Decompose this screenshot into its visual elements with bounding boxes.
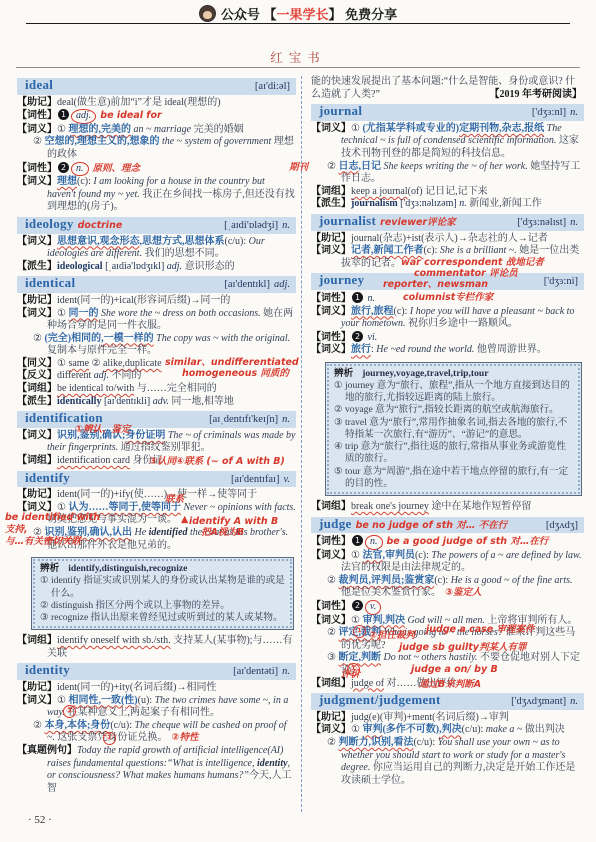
text-segment: 【词性】 — [311, 536, 351, 547]
phonetic: ['dʒɜ:ni] — [544, 276, 578, 289]
text-segment: 不同的 — [112, 370, 142, 381]
entry-line: 【词性】2 vi. — [311, 331, 584, 345]
text-segment: ① — [57, 308, 68, 319]
text-segment: 【词组】 — [311, 186, 351, 197]
handwritten-annotation: ③ — [63, 705, 76, 718]
text-segment: ② — [327, 627, 338, 638]
text-segment: 【真题例句】 — [17, 745, 77, 756]
text-segment: 【同义】 — [17, 358, 57, 369]
text-segment: adj. — [94, 370, 112, 381]
text-segment: 1 — [58, 109, 69, 120]
text-segment: 【反义】 — [17, 370, 57, 381]
entry-line: ② 裁判员,评判员;鉴赏家(c): He is a good ~ of the … — [311, 575, 584, 600]
text-segment: 【词义】 — [17, 236, 57, 247]
text-segment: 审判,判决 — [362, 615, 405, 626]
text-segment: ideological — [57, 261, 105, 272]
text-segment: 【派生】 — [17, 396, 57, 407]
text-segment: 做出判决 — [525, 724, 565, 735]
text-segment: 与……完全相同的 — [134, 383, 217, 394]
text-segment: 【词性】 — [311, 601, 351, 612]
usage-note-title: 辨析 — [334, 368, 353, 379]
text-segment: 裁判员,评判员;鉴赏家 — [338, 575, 434, 586]
text-segment: be identical to/with — [57, 383, 134, 394]
text-segment: 完美的婚姻 — [194, 124, 244, 135]
dict-entry-identify: identify[aɪ'dentɪfaɪ]v.【助记】ident(同一的)+if… — [17, 471, 296, 661]
usage-note-box: 辨析identify,distinguish,recognize① identi… — [31, 557, 294, 630]
entry-line: 【词义】旅行: He ~ed round the world. 他曾周游世界。 — [311, 344, 584, 357]
dict-entry-ideal: ideal[aɪ'di:əl]【助记】deal(做生意)前加“i”才是 idea… — [17, 78, 296, 214]
text-segment: break one's journey — [351, 501, 429, 512]
usage-note-item: ② distinguish 指区分两个或以上事物的差异。 — [40, 600, 285, 612]
text-segment: 【助记】 — [17, 682, 57, 693]
page-number: · 52 · — [28, 814, 52, 826]
usage-note-item: ④ trip 意为“旅行”,指往返的旅行,常指从事业务或游览性质的旅行。 — [334, 441, 573, 465]
text-segment: (尤指某学科或专业的) — [362, 123, 459, 134]
entry-line: 【词组】break one's journey 途中在某地作短暂停留 — [311, 501, 584, 514]
text-segment: 【助记】 — [311, 233, 351, 244]
handwritten-annotation: judge sb guilty判某人有罪 — [399, 642, 526, 653]
text-segment: 审判 — [362, 724, 382, 735]
text-segment: 【词义】 — [17, 124, 57, 135]
handwritten-annotation: ③认同④联系 (~ of A with B) — [149, 456, 285, 467]
text-segment: (c/u): — [110, 720, 134, 731]
text-segment: 本身,本体;身份 — [44, 720, 110, 731]
text-segment: 你应当运用自己的判断力,决定是开始工作还是攻读硕士学位。 — [341, 762, 575, 786]
text-segment: 2 — [352, 331, 363, 342]
text-segment: adj. — [71, 109, 96, 124]
entry-header: identical[aɪ'dentɪkl]adj. — [17, 276, 296, 293]
handwritten-annotation: ①辨认、鉴定 — [75, 424, 131, 435]
text-segment: ,判决 — [439, 724, 462, 735]
text-segment: 【词义】 — [311, 123, 351, 134]
text-segment: 身份证明 — [125, 430, 165, 441]
exam-source-tag: 【2019 年考研阅读】 — [490, 89, 583, 102]
text-segment: ,一模一样的 — [101, 333, 154, 344]
dict-entry-identity: identity[aɪ'dentəti]n.【助记】ident(同一的)+ity… — [17, 663, 296, 795]
text-segment: The copy was ~ with the original. — [154, 333, 291, 344]
text-segment: 【词组】 — [311, 501, 351, 512]
handwritten-annotation: judge a on/ by B — [411, 664, 498, 675]
handwritten-annotation: ① — [103, 732, 116, 745]
entry-line: 【派生】ideological [ˌaɪdiə'lɒdʒɪkl] adj. 意识… — [17, 261, 296, 274]
usage-note-item: ① identify 指证实或识别某人的身份或认出某物是谁的或是什么。 — [40, 575, 285, 599]
book-title: 红宝书 — [0, 48, 596, 66]
text-segment: 理想的,完美的 — [68, 124, 131, 135]
text-segment: (c/u): — [462, 724, 486, 735]
entry-line: ② 空想的,理想主义的,想象的 the ~ system of governme… — [17, 136, 296, 161]
usage-note-item: ② voyage 意为“旅行”,指较长距离的航空或航海旅行。 — [334, 404, 573, 416]
text-segment: 【助记】 — [17, 489, 57, 500]
text-segment: (多作不可数) — [382, 724, 439, 735]
phonetic: [aɪˌdentɪfɪ'keɪʃn] — [209, 414, 278, 427]
text-segment: 新闻业,新闻工作 — [469, 198, 542, 209]
part-of-speech: n. — [570, 696, 578, 709]
text-segment: 【词义】 — [311, 615, 351, 626]
text-segment: ident(同一的)+ical(形容词后缀)→同一的 — [57, 295, 230, 306]
headword: judgment/judgement — [319, 694, 441, 707]
entry-line: 【词义】理想(c): I am looking for a house in t… — [17, 176, 296, 214]
entry-line: 【助记】ident(同一的)+ity(名词后缀)→相同性 — [17, 682, 296, 695]
text-segment: adj. — [167, 261, 185, 272]
text-segment: 【词义】 — [311, 550, 351, 561]
dict-entry-identification: identification[aɪˌdentɪfɪ'keɪʃn]n.①辨认、鉴定… — [17, 411, 296, 467]
text-segment: [aɪ'dentɪkli] — [104, 396, 153, 407]
phonetic: [ˌaɪdi'ɒlədʒi] — [224, 220, 278, 233]
entry-line: 【词性】1adj.be ideal for — [17, 109, 296, 124]
text-segment: 日志 — [338, 161, 358, 172]
text-segment: ,思想方式,思想体系 — [140, 236, 225, 247]
text-segment: (c/u): — [413, 737, 437, 748]
text-segment: 法官 — [362, 550, 382, 561]
phonetic: ['dʒʌdʒmənt] — [511, 696, 566, 709]
dict-entry-ideology: ideologydoctrine[ˌaɪdi'ɒlədʒi]n.【词义】思想意识… — [17, 217, 296, 273]
entry-line: 【助记】deal(做生意)前加“i”才是 ideal(理想的) — [17, 97, 296, 110]
text-segment: adv. — [153, 396, 172, 407]
handwritten-annotation: similar、undifferentiated — [165, 357, 299, 368]
part-of-speech: v. — [283, 474, 290, 487]
text-segment: 【词义】 — [311, 245, 351, 256]
text-segment: 同一地,相等地 — [171, 396, 234, 407]
entry-line: 【派生】journalism ['dʒɜ:nəlɪzəm] n. 新闻业,新闻工… — [311, 198, 584, 211]
phonetic: [dʒʌdʒ] — [546, 520, 578, 533]
text-segment: Never ~ opinions with facts. — [181, 502, 296, 513]
dict-entry-judge: judgebe no judge of sth 对… 不在行[dʒʌdʒ]【词性… — [311, 517, 584, 691]
entry-header: judgment/judgement['dʒʌdʒmənt]n. — [311, 693, 584, 710]
paragraph-line: 能的快速发展提出了基本问题:“什么是智能、身份或意识? 什么造就了人类?”【20… — [311, 76, 584, 101]
entry-line: ② (完全)相同的,一模一样的 The copy was ~ with the … — [17, 333, 296, 358]
text-segment: 【词义】 — [311, 724, 351, 735]
text-segment: [ˌaɪdiə'lɒdʒɪkl] — [105, 261, 167, 272]
handwritten-annotation: ③鉴定人 — [445, 587, 482, 598]
text-segment: (of) 记日记,记下来 — [408, 186, 488, 197]
handwritten-annotation: war correspondent 战地记者 — [401, 257, 544, 268]
usage-note-box: 辨析journey,voyage,travel,trip,tour① journ… — [325, 362, 582, 496]
text-segment: 我们的思想不同。 — [145, 248, 225, 259]
text-segment: (c): — [77, 176, 93, 187]
text-segment: n. — [71, 162, 89, 177]
handwritten-annotation: identify A with B — [189, 516, 278, 527]
text-segment: 记者,新闻工作者 — [351, 245, 424, 256]
text-segment: (c): — [394, 306, 410, 317]
text-segment: identified — [149, 527, 188, 538]
text-segment: The powers of a ~ are defined by law. — [431, 550, 581, 561]
text-segment: journal(杂志)+ist(表示人)→杂志社的人→记者 — [351, 233, 548, 244]
text-segment: ① — [57, 695, 68, 706]
text-segment: identity — [257, 758, 288, 769]
banner-highlight: 一果学长 — [276, 7, 328, 22]
entry-line: 【词义】思想意识,观念形态,思想方式,思想体系(c/u): Our ideolo… — [17, 236, 296, 261]
text-segment: 1 — [352, 292, 363, 303]
text-segment: v. — [365, 600, 381, 615]
text-segment: different — [57, 370, 94, 381]
headword: identify — [25, 472, 70, 485]
text-segment: 通过指纹鉴别罪犯。 — [121, 442, 211, 453]
handwritten-annotation: columnist专栏作家 — [403, 292, 493, 303]
handwritten-annotation: ②担任裁判 — [369, 630, 415, 641]
dictionary-columns: ideal[aɪ'di:əl]【助记】deal(做生意)前加“i”才是 idea… — [17, 76, 584, 812]
text-segment: judg(e)(审判)+ment(名词后缀)→审判 — [351, 712, 509, 723]
text-segment: 【派生】 — [311, 198, 351, 209]
part-of-speech: n. — [570, 217, 578, 230]
entry-line: 【词义】① (尤指某学科或专业的)定期刊物,杂志,报纸 The technica… — [311, 123, 584, 161]
text-segment: identify oneself with sb./sth. — [57, 635, 171, 646]
entry-header: journal['dʒɜ:nl]n. — [311, 104, 584, 121]
text-segment: 【词组】 — [17, 383, 57, 394]
part-of-speech: n. — [570, 107, 578, 120]
text-segment: (完全)相同的 — [44, 333, 101, 344]
text-segment: ② — [33, 720, 44, 731]
dict-entry-journey: journey['dʒɜ:ni]【词性】1 n.【词义】旅行,旅程(c): I … — [311, 273, 584, 513]
usage-note-item: ③ travel 意为“旅行”,常用作抽象名词,指去各地的旅行,不特指某一次旅行… — [334, 417, 573, 441]
entry-line: 【助记】journal(杂志)+ist(表示人)→杂志社的人→记者 — [311, 233, 584, 246]
headword: journey — [319, 274, 364, 287]
headword: journal — [319, 105, 362, 118]
text-segment: 途中在某地作短暂停留 — [429, 501, 532, 512]
text-segment: 旅行,旅程 — [351, 306, 394, 317]
handwritten-annotation: be ideal for — [100, 110, 161, 121]
text-segment: ident(同一的)+ify(使……)→使一样→使等同于 — [57, 489, 257, 500]
handwritten-annotation: 通过B来判断A — [419, 679, 481, 690]
text-segment: alike,duplicate — [103, 358, 162, 369]
text-segment: ③ — [327, 652, 338, 663]
handwritten-annotation: 评价 — [341, 669, 360, 680]
text-segment: 断定,判断 — [338, 652, 381, 663]
header-divider — [16, 67, 580, 68]
text-segment: identification card — [57, 455, 130, 466]
handwritten-annotation: 联系 — [165, 494, 184, 505]
entry-line: 【词义】识别,鉴别,确认;身份证明 The ~ of criminals was… — [17, 430, 296, 455]
text-segment: ② — [327, 737, 338, 748]
handwritten-annotation: judge a case 审理案件 — [426, 624, 535, 635]
text-segment: He ~ed round the world. — [376, 344, 477, 355]
text-segment: ① — [57, 358, 68, 369]
text-segment: 【词义】 — [17, 308, 57, 319]
dict-entry-judgment-judgement: judgment/judgement['dʒʌdʒmənt]n.【助记】judg… — [311, 693, 584, 787]
text-segment: make a ~ — [486, 724, 525, 735]
text-segment: 【词义】 — [17, 695, 57, 706]
text-segment: ② — [327, 161, 338, 172]
entry-line: 【词组】keep a journal(of) 记日记,记下来 — [311, 186, 584, 199]
banner-text-post: 】 免费分享 — [329, 7, 398, 22]
text-segment: 判断力,识别,看法 — [338, 737, 413, 748]
text-segment: 空想的,理想主义的,想象的 — [44, 136, 159, 147]
entry-line: 【词义】① 相同性,一致(性)(u): The two crimes have … — [17, 695, 296, 720]
text-segment: ① — [57, 124, 68, 135]
entry-line: 【派生】identically [aɪ'dentɪkli] adv. 同一地,相… — [17, 396, 296, 409]
phonetic: ['dʒɜ:nəlɪst] — [517, 217, 566, 230]
text-segment: 【词性】 — [17, 163, 57, 174]
phonetic: [aɪ'dentɪkl] — [224, 279, 270, 292]
text-segment: ident(同一的)+ity(名词后缀)→相同性 — [57, 682, 217, 693]
text-segment: 2 — [352, 600, 363, 611]
text-segment: journalism — [351, 198, 400, 209]
headword: identification — [25, 412, 103, 425]
entry-line: 【助记】judg(e)(审判)+ment(名词后缀)→审判 — [311, 712, 584, 725]
text-segment: 【词性】 — [17, 110, 57, 121]
text-segment: He — [132, 527, 149, 538]
wechat-banner: 公众号 【一果学长】 免费分享 — [0, 4, 596, 23]
handwritten-annotation: ▲ — [181, 514, 188, 525]
text-segment: 定期刊物,杂志,报纸 — [459, 123, 544, 134]
text-segment: ② — [33, 136, 44, 147]
text-segment: 【词组】 — [17, 635, 57, 646]
text-segment: 复制本与原件完全一样。 — [47, 345, 157, 356]
text-segment: same — [68, 358, 89, 369]
text-segment: 【词性】 — [311, 332, 351, 343]
entry-header: identification[aɪˌdentɪfɪ'keɪʃn]n.①辨认、鉴定 — [17, 411, 296, 428]
wechat-avatar-icon — [199, 5, 216, 22]
text-segment: ① — [351, 550, 362, 561]
entry-line: ② 判断力,识别,看法(c/u): You shall use your own… — [311, 737, 584, 787]
text-segment: (c): — [424, 245, 440, 256]
text-segment: 法官的权限是由法律规定的。 — [341, 562, 471, 573]
usage-note-words: identify,distinguish,recognize — [68, 563, 187, 574]
usage-note-words: journey,voyage,travel,trip,tour — [362, 368, 488, 379]
handwritten-annotation: 支持, — [5, 524, 28, 535]
book-page: 公众号 【一果学长】 免费分享 红宝书 ideal[aɪ'di:əl]【助记】d… — [0, 0, 596, 842]
text-segment: ,日记 — [358, 161, 381, 172]
entry-line: 【词义】① 理想的,完美的 an ~ marriage 完美的婚姻 — [17, 124, 296, 137]
handwritten-annotation: be no judge of sth 对… 不在行 — [356, 520, 508, 533]
text-segment: an ~ marriage — [131, 124, 194, 135]
text-segment: ['dʒɜ:nəlɪzəm] — [400, 198, 459, 209]
text-segment: 【词组】 — [17, 455, 57, 466]
handwritten-annotation: be a good judge of sth 对…在行 — [387, 536, 549, 547]
text-segment: ② — [89, 358, 103, 369]
text-segment: n. — [365, 535, 383, 550]
entry-line: 【同义】① same ② alike,duplicatesimilar、undi… — [17, 358, 296, 371]
entry-line: 【词义】① 法官,审判员(c): The powers of a ~ are d… — [311, 550, 584, 575]
text-segment: (u): — [138, 695, 155, 706]
handwritten-annotation: be identified with — [5, 512, 100, 523]
text-segment: ② — [33, 333, 44, 344]
entry-line: 【词性】1n.be a good judge of sth 对…在行 — [311, 535, 584, 550]
banner-divider — [26, 23, 570, 24]
dict-entry-identical: identical[aɪ'dentɪkl]adj.【助记】ident(同一的)+… — [17, 276, 296, 408]
handwritten-annotation: doctrine — [78, 220, 123, 233]
entry-header: identify[aɪ'dentɪfaɪ]v. — [17, 471, 296, 488]
text-segment: 【词性】 — [311, 293, 351, 304]
text-segment: 【词义】 — [311, 344, 351, 355]
headword: ideal — [25, 79, 53, 92]
text-segment: identically — [57, 396, 104, 407]
entry-line: 【词义】① 认为……等同于,使等同于 Never ~ opinions with… — [17, 502, 296, 527]
handwritten-annotation: 把A视为B — [201, 527, 244, 538]
handwritten-annotation: 与…有关密切关联 — [5, 536, 81, 547]
text-segment: n. — [459, 198, 469, 209]
handwritten-annotation: reviewer评论家 — [380, 217, 455, 230]
text-segment: ,审判员 — [382, 550, 415, 561]
usage-note-item: ① journey 意为“旅行、旅程”,指从一个地方直接到达目的地的旅行,尤指较… — [334, 380, 573, 404]
text-segment: 相同性,一致(性) — [68, 695, 137, 706]
handwritten-annotation: homogeneous 同质的 — [182, 368, 289, 379]
text-segment: ① — [351, 123, 362, 134]
handwritten-annotation: ②特性 — [171, 732, 198, 743]
part-of-speech: n. — [282, 414, 290, 427]
entry-line: 【词组】be identical to/with 与……完全相同的 — [17, 383, 296, 396]
entry-line: 【助记】ident(同一的)+ical(形容词后缀)→同一的 — [17, 295, 296, 308]
dict-entry-journal: journal['dʒɜ:nl]n.【词义】① (尤指某学科或专业的)定期刊物,… — [311, 104, 584, 211]
text-segment: 【助记】 — [311, 712, 351, 723]
text-segment: keep a journal — [351, 186, 408, 197]
text-segment: 意识形态的 — [185, 261, 235, 272]
entry-line: 【词义】① 同一的 She wore the ~ dress on both o… — [17, 308, 296, 333]
text-segment: She keeps writing the ~ of her work. — [381, 161, 530, 172]
text-segment: (c/u): — [225, 236, 249, 247]
text-segment: ② — [327, 575, 338, 586]
entry-line: 【词义】记者,新闻工作者(c): She is a brilliant ~. 她… — [311, 245, 584, 270]
handwritten-annotation: reporter、newsman — [383, 279, 488, 290]
handwritten-annotation: 期刊 — [289, 162, 308, 173]
dict-entry-journalist: journalistreviewer评论家['dʒɜ:nəlɪst]n.【助记】… — [311, 214, 584, 270]
text-segment: 理想 — [57, 176, 77, 187]
entry-header: journalistreviewer评论家['dʒɜ:nəlɪst]n. — [311, 214, 584, 231]
entry-header: ideal[aɪ'di:əl] — [17, 78, 296, 95]
text-segment: He is a good ~ of the fine arts. — [451, 575, 573, 586]
text-segment: n. — [365, 293, 375, 304]
entry-line: 【真题例句】Today the rapid growth of artifici… — [17, 745, 296, 795]
text-segment: ① — [351, 724, 362, 735]
headword: identity — [25, 664, 70, 677]
phonetic: [aɪ'dentəti] — [233, 666, 278, 679]
text-segment: vi. — [365, 332, 377, 343]
text-segment: Do not ~ others hastily. — [381, 652, 480, 663]
entry-header: ideologydoctrine[ˌaɪdi'ɒlədʒi]n. — [17, 217, 296, 234]
entry-line: 【词性】2n.原则、理念 — [17, 162, 296, 177]
entry-header: identity[aɪ'dentəti]n. — [17, 663, 296, 680]
text-segment: 2 — [58, 162, 69, 173]
text-segment: ① — [351, 615, 362, 626]
text-segment: 【助记】 — [17, 97, 57, 108]
text-segment: 【助记】 — [17, 295, 57, 306]
text-segment: 他是位美术鉴赏行家。 — [341, 587, 441, 598]
headword: ideology — [25, 218, 74, 231]
text-segment: 【派生】 — [17, 261, 57, 272]
entry-line: ③ 断定,判断 Do not ~ others hastily. 不要仓促地对别… — [311, 652, 584, 677]
entry-line: 【词组】identify oneself with sb./sth. 支持某人(… — [17, 635, 296, 660]
text-segment: 【词义】 — [17, 176, 57, 187]
entry-line: ② 日志,日记 She keeps writing the ~ of her w… — [311, 161, 584, 186]
text-segment: She is a brilliant ~. — [440, 245, 519, 256]
text-segment: deal(做生意)前加“i”才是 ideal(理想的) — [57, 97, 221, 108]
headword: identical — [25, 277, 75, 290]
usage-note-item: ⑤ tour 意为“周游”,指在途中若干地点停留的旅行,有一定的目的性。 — [334, 466, 573, 490]
part-of-speech: n. — [282, 666, 290, 679]
text-segment: She wore the ~ dress on both occasions. — [98, 308, 263, 319]
entry-line: 【词义】① 审判(多作不可数),判决(c/u): make a ~ 做出判决 — [311, 724, 584, 737]
handwritten-annotation: 原则、理念 — [93, 163, 141, 174]
part-of-speech: adj. — [274, 279, 290, 292]
banner-text-pre: 公众号 【 — [221, 7, 277, 22]
text-segment: 思想意识,观念形态 — [57, 236, 140, 247]
handwritten-annotation: ① — [353, 625, 366, 638]
headword: journalist — [319, 215, 376, 228]
text-segment: the ~ system of government — [159, 136, 273, 147]
usage-note-title: 辨析 — [40, 563, 59, 574]
entry-line: 【词义】① 审判,判决 God will ~ all men. 上帝将审判所有人… — [311, 615, 584, 628]
phonetic: ['dʒɜ:nl] — [532, 107, 566, 120]
handwritten-annotation: commentator 评论员 — [414, 268, 518, 279]
entry-line: 【助记】ident(同一的)+ify(使……)→使一样→使等同于 — [17, 489, 296, 502]
part-of-speech: n. — [282, 220, 290, 233]
text-segment: 他曾周游世界。 — [477, 344, 547, 355]
entry-line: 【词性】2v. — [311, 600, 584, 615]
entry-line: ② 本身,本体;身份(c/u): The cheque will be cash… — [17, 720, 296, 745]
text-segment: 【词义】 — [17, 430, 57, 441]
text-segment: 【词义】 — [311, 306, 351, 317]
phonetic: [aɪ'dentɪfaɪ] — [231, 474, 280, 487]
text-segment: (c): — [415, 550, 431, 561]
